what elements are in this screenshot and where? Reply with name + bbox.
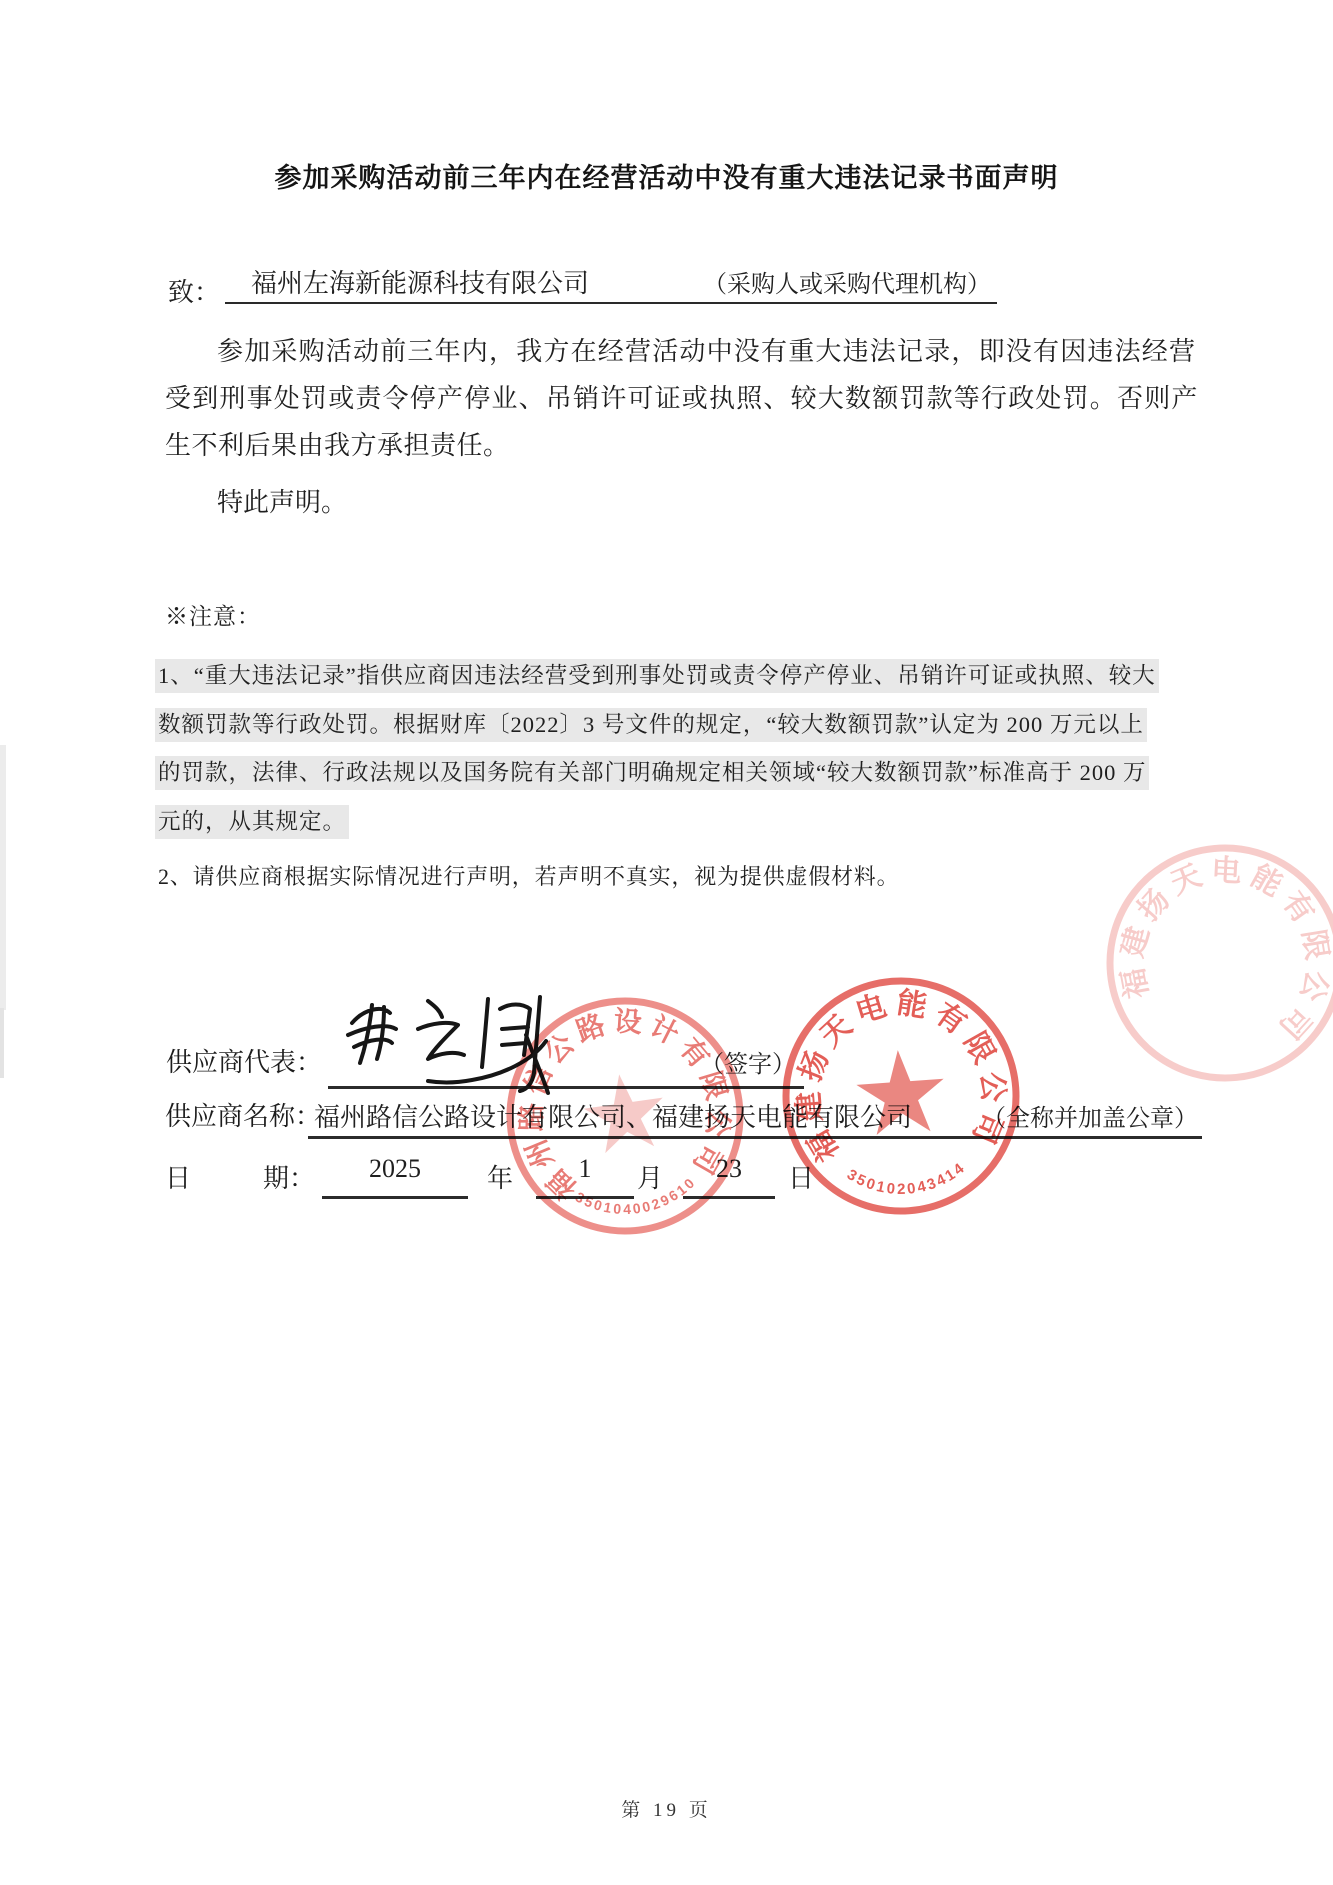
salutation-label: 致： — [168, 272, 220, 309]
paragraph-line: 参加采购活动前三年内，我方在经营活动中没有重大违法记录，即没有因违法经营 — [165, 328, 1205, 375]
highlighted-text: 的罚款，法律、行政法规以及国务院有关部门明确规定相关领域“较大数额罚款”标准高于… — [155, 756, 1149, 790]
signature-stroke — [348, 1005, 396, 1063]
seal-ring — [1083, 821, 1333, 1105]
signature-stroke — [418, 1001, 464, 1059]
paragraph-line: 受到刑事处罚或责令停产停业、吊销许可证或执照、较大数额罚款等行政处罚。否则产 — [165, 375, 1205, 422]
recipient-company: 福州左海新能源科技有限公司 — [251, 263, 589, 302]
note-line: 元的，从其规定。 — [155, 798, 1205, 847]
highlighted-text: 数额罚款等行政处罚。根据财库〔2022〕3 号文件的规定，“较大数额罚款”认定为… — [155, 708, 1147, 742]
date-label: 期： — [263, 1158, 315, 1195]
seal-company-text: 福建扬天电能有限公司 — [1103, 827, 1333, 1055]
note-item-1: 1、“重大违法记录”指供应商因违法经营受到刑事处罚或责令停产停业、吊销许可证或执… — [155, 652, 1205, 846]
salutation-underline: 福州左海新能源科技有限公司 （采购人或采购代理机构） — [225, 248, 997, 304]
scan-edge-artifact — [0, 1008, 4, 1078]
seal-star-icon — [580, 1069, 670, 1155]
company-seal-right: 福建扬天电能有限公司 350102043414 — [757, 952, 1045, 1240]
company-seal-ghost: 福建扬天电能有限公司 — [1058, 796, 1333, 1130]
date-label: 日 — [165, 1158, 191, 1195]
note-line: 数额罚款等行政处罚。根据财库〔2022〕3 号文件的规定，“较大数额罚款”认定为… — [155, 701, 1205, 750]
page-number: 第 19 页 — [0, 1795, 1333, 1822]
note-item-2: 2、请供应商根据实际情况进行声明，若声明不真实，视为提供虚假材料。 — [158, 860, 899, 891]
scan-edge-artifact — [0, 745, 6, 1010]
supplier-representative-label: 供应商代表： — [166, 1042, 322, 1079]
note-line: 1、“重大违法记录”指供应商因违法经营受到刑事处罚或责令停产停业、吊销许可证或执… — [155, 652, 1205, 701]
declaration-paragraph: 参加采购活动前三年内，我方在经营活动中没有重大违法记录，即没有因违法经营 受到刑… — [165, 328, 1205, 469]
notes-heading: ※注意： — [165, 598, 261, 631]
supplier-name-label: 供应商名称： — [165, 1096, 321, 1133]
company-seal-left: 福州路信公路设计有限公司 3501040029610 — [473, 964, 778, 1269]
highlighted-text: 元的，从其规定。 — [155, 805, 349, 839]
paragraph-line: 生不利后果由我方承担责任。 — [165, 422, 1205, 469]
scanned-declaration-page: 参加采购活动前三年内在经营活动中没有重大违法记录书面声明 致： 福州左海新能源科… — [0, 0, 1333, 1885]
agency-note: （采购人或采购代理机构） — [703, 264, 991, 302]
seal-star-icon — [854, 1047, 947, 1136]
document-title: 参加采购活动前三年内在经营活动中没有重大违法记录书面声明 — [0, 156, 1333, 195]
hereby-declare-line: 特此声明。 — [217, 482, 347, 519]
date-year-field: 2025 — [322, 1154, 468, 1199]
highlighted-text: 1、“重大违法记录”指供应商因违法经营受到刑事处罚或责令停产停业、吊销许可证或执… — [155, 659, 1159, 693]
note-line: 的罚款，法律、行政法规以及国务院有关部门明确规定相关领域“较大数额罚款”标准高于… — [155, 749, 1205, 798]
